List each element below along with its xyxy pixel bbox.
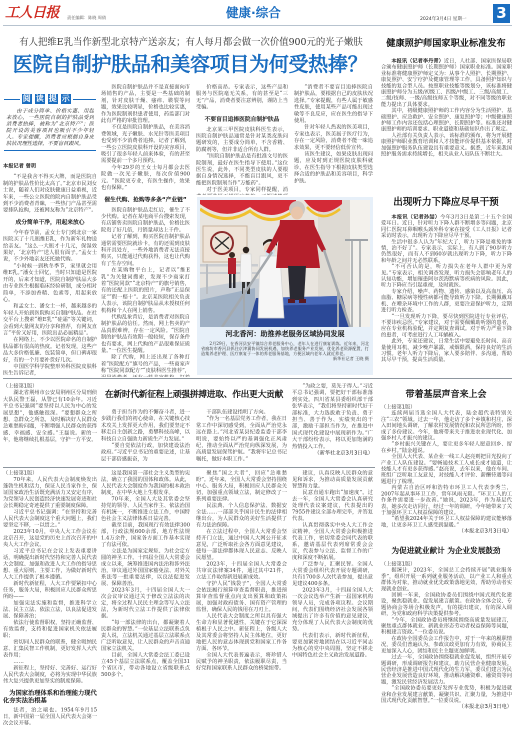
editors-credit: 责任编辑：陈晓 周倩 xyxy=(67,15,106,21)
paragraph: 立法是为国家定规矩、为社会定方圆的神圣工作。十四届全国人大常委会成立以来，统筹推… xyxy=(101,548,190,587)
paragraph: 2023年10月，中央人大工作会议在北京召开，这是党的历史上首次召开的中央人大工… xyxy=(3,529,97,549)
paragraph: 此外，专家还建议，日常生活中要避免长时间、高音量使用耳机，减少噪声暴露，戒烟限酒… xyxy=(381,338,512,363)
paragraph: “不可否认的是，听力损失在老年人群中更为常见。”专家表示，相关调查发现，听力损失… xyxy=(381,264,512,289)
paragraph: 代表们表示，新时代新征程，要更加紧密地团结在以习近平同志为核心的党中央周围，坚定… xyxy=(292,633,373,659)
paragraph: 截至目前，我国现行有效法律300部，行政法规600余部，地方性法规1.4万余件，… xyxy=(101,522,190,548)
paragraph: 2023年3月，十四届全国人大一次会议审议通过关于修改立法法的决定，将全过程人民… xyxy=(101,587,190,620)
lead-headline: 医院自制护肤品和美容项目为何受热捧？ xyxy=(4,51,376,77)
column-text: 建议，认真反映人民群众的意见和诉求，为推动高质量发展贡献智慧和力量。民意直通车跑… xyxy=(292,470,373,659)
column-text: 聚焦“国之大者”，回应“急难愁盼”。近年来，全国人大常委会坚持围绕中心、服务大局… xyxy=(196,470,287,672)
issue-date: 2024年3月4日 星期一 xyxy=(420,16,467,22)
column-text: 勇于担当作为的不懈奋斗者，进一步践行我们的初心使命，在关键核心技术攻关上发挥更大… xyxy=(101,409,190,463)
subhead: 成分简单干净，用起来放心 xyxy=(3,218,97,226)
article-b-column-3: 聚焦“国之大者”，回应“急难愁盼”。近年来，全国人大常委会坚持围绕中心、服务大局… xyxy=(196,470,287,746)
paragraph: 密切同人民群众的联系，健全吸纳民意、汇集民智工作机制，更好发挥人大代表作用； xyxy=(3,639,97,659)
lead-column-4: “消费者不要盲目追捧医院自制护肤品，要根据自己的皮肤状况选择。”专家提醒，有些人… xyxy=(294,84,373,195)
article-body: （上接第1版）据统计，2023年，全国总工会持续开展“就业服务季”，组织开展一系… xyxy=(381,561,512,744)
newspaper-logo: 工人日报 xyxy=(5,3,59,23)
tips-title-char: 提 xyxy=(47,93,59,105)
lead: 本报讯（记者孙喆）今年3月3日是第二十五个全国爱耳日。近日，针对听力下降人群不断… xyxy=(381,214,512,239)
paragraph: 2月29日，在香河县安平镇综合养老服务中心，老年人在进行康复训练。近年来，河北省… xyxy=(201,341,369,356)
article-body: 本报讯（记者李丹青）近日，人社部、国家医保局联合颁布健康照护师（长期照护师）国家… xyxy=(381,58,512,185)
column-text: 价格高昂。专家表示，这些产品和服务与医院毫无关系，有的甚至是“三无”产品，消费者… xyxy=(196,84,288,195)
paragraph: 聚焦“国之大者”，回应“急难愁盼”。近年来，全国人大常委会坚持围绕中心、服务大局… xyxy=(196,470,287,503)
paragraph: “今年，全国政协委员将继续围绕高质量发展建言，聚焦重点群体就业、新就业形态劳动者… xyxy=(381,617,512,636)
article-a-column-3: 干部队伍建设指明了方向。“作为一名基层党务工作者，我在日常工作中深切感受到，全面… xyxy=(196,409,287,465)
paragraph: 回顾一年来，全国政协委员们围绕中国式现代化建设，聚焦稳就业、促发展建言献策。在政… xyxy=(381,592,512,617)
paragraph: 这是我国第一部社会主义类型的宪法，确立了我国的国体和政体。从此，人民代表大会制度… xyxy=(101,470,190,496)
column-text: （上接第1版）据统计，2023年，全国总工会持续开展“就业服务季”，组织开展一系… xyxy=(381,561,512,710)
paragraph: 医院自制护肤品走红后，催生了不少代购。记者在某电商平台搜索发现，有店铺售卖医院自… xyxy=(101,207,190,234)
paragraph: 2023年3月，十四届全国人大一次会议选举产生新一届国家机构领导人员，完成各项议… xyxy=(292,587,373,633)
paragraph: “每一部法律的出台，都凝聚着人民群众的智慧。”一位基层立法联系点负责人说，立法机… xyxy=(101,620,190,653)
column-text: 本报讯（记者孙喆）今年3月3日是第二十五个全国爱耳日。近日，针对听力下降人群不断… xyxy=(381,214,512,363)
paragraph: 和孟女士、潘女士一样，越来越多的年轻人开始到医院购买自制护肤品。在社交平台上搜索… xyxy=(3,303,97,337)
paragraph: 湖北省荆州市公安局荆州区分局刑侦大队民警王磊，从警已有10余年。习近平总书记强调… xyxy=(3,390,97,444)
paragraph: “医院自制护肤品是有批准文号的医院制剂，最好在医生指导下使用。”这位医生说，此外… xyxy=(196,153,288,187)
paragraph: 广泛参与，汇聚民智。全国人大常委会组织代表开展专题调研，共有1700多人次代表参… xyxy=(292,561,373,587)
paragraph: 加强宪法实施和监督，推进科学立法、民主立法、依法立法，以良法促进发展、保障善治； xyxy=(3,600,97,620)
article-a-column-2: 勇于担当作为的不懈奋斗者，进一步践行我们的初心使命，在关键核心技术攻关上发挥更大… xyxy=(101,409,190,465)
paragraph: “一旦发现听力下降，要尽快到医院进行专业评估，不要讳疾忌医。”专家建议，对于需要… xyxy=(381,313,512,338)
article-b-column-1: （上接第1版）70年来，人民代表大会制度焕发出蓬勃生机和活力，保证人民当家作主，… xyxy=(3,470,97,746)
paragraph: “不是我舍不得买大牌，而是医院自制的护肤品性价比太高了。”北京市民刘女士说，随着… xyxy=(3,174,97,214)
paragraph: 在某购物平台上，记者以“维E乳”为关键词搜索，发现不少商家打着“医院同款”“北京… xyxy=(101,267,190,314)
column-text: （上接第1版）湖北省荆州市公安局荆州区分局刑侦大队民警王磊，从警已有10余年。习… xyxy=(3,383,97,443)
paragraph: 专家介绍，噪声、药物、遗传、感染以及高血压、高血脂、糖尿病等慢性病都可能导致听力… xyxy=(381,288,512,313)
column-text: “为政之要，莫先于得人。”习近平总书记强调，要把好干部标准落到实处。四川省某县委… xyxy=(292,383,373,457)
section-divider xyxy=(3,378,512,379)
column-text: 本报讯（记者李丹青）近日，人社部、国家医保局联合颁布健康照护师（长期照护师）国家… xyxy=(381,58,512,157)
paragraph: 在立法过程中，全国人大常委会坚持开门立法，通过中国人大网公开征求意见，广泛听取社… xyxy=(196,529,287,562)
paragraph: 习近平总书记强调：“在坚持和完善人民代表大会制度这个重大问题上，我们要坚定不移，… xyxy=(3,509,97,529)
tips-top-line-right xyxy=(73,99,96,100)
paragraph: 除了代购，网上还出现了各种打着“医院配方”旗号的产品，一些商家声称“医院同款配方… xyxy=(101,354,190,377)
paragraph: “要自觉依法行政，加快建设法治政府。”习近平总书记的重要论述，让基层干部倍感振奋… xyxy=(101,443,190,463)
paragraph: 守护人民“钱袋子”，全国人大常委会依法履行预算审查监督职责，推进预算审查监督重点… xyxy=(196,581,287,614)
paragraph: 代购乱象背后，是消费者对医院自制护肤品的信任。然而，网上售卖的产品真假难辨，存在… xyxy=(101,314,190,354)
reading-tips-title: 阅 读 提 示 xyxy=(21,93,72,105)
paragraph: 勇于担当作为的不懈奋斗者，进一步践行我们的初心使命，在关键核心技术攻关上发挥更大… xyxy=(101,409,190,443)
lead-column-1: 本报记者 曾玥“不是我舍不得买大牌，而是医院自制的护肤品性价比太高了。”北京市民… xyxy=(3,163,97,377)
reading-tips-box: 由于成分简单、价格实惠、用起来放心，一些医院自制的护肤品受到消费者热捧，被称为“… xyxy=(6,108,94,149)
paragraph: 记者了解到，购买医院自制护肤品通常需要医院就诊卡，有的还需到皮肤科开具处方，一些… xyxy=(101,234,190,268)
paragraph: 连续两届当选全国人大代表，陆金超代表特别关注“三农”领域。过去一年，他走访了多个… xyxy=(381,410,512,441)
paragraph: 民意直通车跑出“加速度”。过去一年，全国人大常委会认真研究处理代表议案建议，代表… xyxy=(292,490,373,523)
lead-column-2: 医院自制护肤品并不是直接面向市场销售的产品，主要是一些基础的制剂，针对皮肤干燥、… xyxy=(101,84,190,377)
paragraph: 今年29岁的王女士每月都会去医院做一次光子嫩肤，每次价值900元。“医院更专业，… xyxy=(101,164,190,191)
byline: 本报记者 曾玥 xyxy=(3,163,97,170)
article-headline: 出现听力下降应尽早干预 xyxy=(380,196,512,209)
paragraph: 内蒙古自治区呼和浩特市环卫工人代表李秀兰，2007年起从事环卫工作，常年风雨无阻… xyxy=(381,485,512,516)
paragraph: 人社部有关负责人表示，该标准的颁布，将为开展健康照护师职业教育培训和人才技能评价… xyxy=(381,132,512,157)
column-text: 这是我国第一部社会主义类型的宪法，确立了我国的国体和政体。从此，人民代表大会制度… xyxy=(101,470,190,678)
subhead: 催生代购、抢购等多条“产业链” xyxy=(101,196,190,204)
photo-caption: 2月29日，在香河县安平镇综合养老服务中心，老年人在进行康复训练。近年来，河北省… xyxy=(201,341,369,372)
paragraph: 由于成分简单、价格实惠、用起来放心，一些医院自制的护肤品受到消费者热捧，被称为“… xyxy=(6,108,94,147)
paragraph: 建议，认真反映人民群众的意见和诉求，为推动高质量发展贡献智慧和力量。 xyxy=(292,470,373,490)
tips-title-char: 示 xyxy=(60,93,72,105)
paragraph: 法者，治之端也。1954年9月15日，新中国第一届全国人民代表大会第一次会议开幕… xyxy=(3,707,97,727)
paragraph: 今年春节前，孟女士专门到北京一家医院买了十几瓶维E乳，作为新年礼物送给亲友。“这… xyxy=(3,229,97,263)
paragraph: 不仅是医院自制护肤品，在美容消费领域，光子嫩肤、水光针等医美项目也受到不少消费者… xyxy=(101,124,190,164)
paragraph: 依法行使监督职权，坚持正确监督、有效监督，支持和促进国家机关依法履职； xyxy=(3,620,97,640)
paragraph: 习近平总书记在会议上发表重要讲话，明确提出新时代坚持和完善人民代表大会制度、加强… xyxy=(3,548,97,581)
tips-bottom-line xyxy=(4,150,96,151)
masthead-divider xyxy=(3,25,512,26)
paragraph: “为政之要，莫先于得人。”习近平总书记强调，要把好干部标准落到实处。四川省某县委… xyxy=(292,383,373,450)
article-headline: 健康照护师国家职业标准发布 xyxy=(380,38,512,50)
lead-column-3: 价格高昂。专家表示，这些产品和服务与医院毫无关系，有的甚至是“三无”产品，消费者… xyxy=(196,84,288,195)
paragraph: 在政协全国委员会工作报告中，对于一年来的履职情况，委员们普遍认为，参政议政更加有… xyxy=(381,635,512,654)
tips-title-char: 阅 xyxy=(21,93,33,105)
paragraph: “消费者不要盲目追捧医院自制护肤品，要根据自己的皮肤状况选择。”专家提醒，有些人… xyxy=(294,84,373,124)
tips-title-char: 读 xyxy=(34,93,46,105)
reading-tips-text: 由于成分简单、价格实惠、用起来放心，一些医院自制的护肤品受到消费者热捧，被称为“… xyxy=(6,108,94,147)
dateline: （新华社北京3月3日电） xyxy=(292,450,373,457)
paragraph: 针对年轻人热衷的医美项目，专家也表示，医美属于医疗行为，存在一定风险，消费者不能… xyxy=(294,124,373,151)
paragraph: 人民代表大会制度之所以具有强大生命力和显著优越性，关键在于它深深植根于人民之中。… xyxy=(196,613,287,652)
paragraph: 70年来，全国人大及其常委会坚持党的领导、人民当家作主、依法治国有机统一，不断推… xyxy=(101,496,190,522)
article-headline: 为促进就业献计 为企业发展鼓劲 xyxy=(380,546,512,556)
page-number-badge: 3 xyxy=(493,4,510,23)
article-b-column-2: 这是我国第一部社会主义类型的宪法，确立了我国的国体和政体。从此，人民代表大会制度… xyxy=(101,470,190,746)
paragraph: 据统计，2023年，全国总工会持续开展“就业服务季”，组织开展一系列就业服务活动… xyxy=(381,567,512,592)
newspaper-page: 工人日报 责任编辑：陈晓 周倩 健康·综合 2024年3月4日 星期一 3 有人… xyxy=(0,0,515,748)
paragraph: 全国人大代表、某企业一线工人赵亮则把目光投向了产业工人队伍建设。“要畅通技术工人… xyxy=(381,454,512,485)
subhead2: 为国家治理体系和治理能力现代化夯实法治根基 xyxy=(3,689,97,704)
paragraph: 该医生建议，如果皮肤出现问题，应及时到正规医院皮肤科就诊，在医生指导下根据皮肤类… xyxy=(294,151,373,185)
photo-caption-text: 2月29日，在香河县安平镇综合养老服务中心，老年人在进行康复训练。近年来，河北省… xyxy=(201,341,369,361)
article-b-column-4: 建议，认真反映人民群众的意见和诉求，为推动高质量发展贡献智慧和力量。民意直通车跑… xyxy=(292,470,373,746)
paragraph: 2023年，十四届全国人大常委会共审议法律案34件，通过其中21件，立法工作取得… xyxy=(196,561,287,581)
column-text: “消费者不要盲目追捧医院自制护肤品，要根据自己的皮肤状况选择。”专家提醒，有些人… xyxy=(294,84,373,185)
paragraph: “小时候一到秋冬季节，家里就会用维E乳。”潘女士回忆，当时只知道是医院开的，后来… xyxy=(3,263,97,303)
news-photo xyxy=(200,200,370,327)
article-a-column-4: “为政之要，莫先于得人。”习近平总书记强调，要把好干部标准落到实处。四川省某县委… xyxy=(292,383,373,465)
paragraph: 70年来，人民代表大会制度焕发出蓬勃生机和活力，保证人民当家作主，保证国家政治生… xyxy=(3,477,97,510)
paragraph: 生活中很多人认为“年纪大了，听力下降是难免的事情，治不好了”。专家表示，实际上，… xyxy=(381,239,512,264)
paragraph: 全国人大代表普遍表示，将珍惜人民赋予的神圣职责，依法履职尽责，当好党和国家联系人… xyxy=(196,652,287,672)
article-headline: 在新时代新征程上顽强拼搏进取、作出更大贡献 xyxy=(100,390,288,401)
paragraph: 目前，全国人大常委会法工委已设立45个基层立法联系点，覆盖全国31个省区市，带动… xyxy=(101,652,190,678)
column-text: （上接第1版）连续两届当选全国人大代表，陆金超代表特别关注“三农”领域。过去一年… xyxy=(381,404,512,534)
article-headline: 带着基层声音来上会 xyxy=(380,389,512,401)
paragraph: 在网络上，不少以医院命名的自制护肤品都有很高的热度。记者发现，这些产品大多价格低… xyxy=(3,337,97,364)
article-divider xyxy=(3,467,375,468)
dateline: （本报北京3月3日电） xyxy=(381,704,512,710)
lead-kicker: 有人把维E乳当作新型北京特产送亲友；有人每月都会做一次价值900元的光子嫩肤 xyxy=(10,37,372,49)
paragraph: “作为一名基层党务工作者，我在日常工作中深切感受到，全面从严治党永远在路上。”河… xyxy=(196,416,287,463)
paragraph: “希望我2024年关于环卫工人权益保障的建议能够落地，让更多环卫工人感受到温暖。… xyxy=(381,516,512,528)
paragraph: 民法典、个人信息保护法、数据安全法……一部部关乎国计民生的法律相继出台，为人民群… xyxy=(196,503,287,529)
column-text: （上接第1版）70年来，人民代表大会制度焕发出蓬勃生机和活力，保证人民当家作主，… xyxy=(3,470,97,727)
tips-top-line-left xyxy=(4,99,20,100)
paragraph: 北京某三甲医院皮肤科医生表示，医院自制护肤品通常是针对某类皮肤问题研发的，主要成… xyxy=(196,126,288,153)
section-title: 健康·综合 xyxy=(226,5,281,21)
photo-caption-title: 河北香河：助推养老服务区域协同发展 xyxy=(197,330,373,339)
lead-text: 近日，人社部、国家医保局联合颁布健康照护师（长期照护师）国家职业标准。国家职业标… xyxy=(381,58,512,107)
paragraph: 对于医美项目，专家同样提醒，消费者要选择正规医疗机构，了解清楚项目的适应症和风险… xyxy=(196,187,288,195)
lead: 本报讯（记者李丹青）近日，人社部、国家医保局联合颁布健康照护师（长期照护师）国家… xyxy=(381,58,512,108)
paragraph: 医院自制护肤品并不是直接面向市场销售的产品，主要是一些基础的制剂，针对皮肤干燥、… xyxy=(101,84,190,124)
paragraph: 认真贯彻落实中央人大工作会议精神，全国人大常委会积极推进代表工作，密切常委会同代… xyxy=(292,522,373,561)
paragraph: 新征程上，坚持好、完善好、运行好人民代表大会制度，必将为实现中华民族伟大复兴提供… xyxy=(3,665,97,685)
paragraph: “乡村振兴关键在人，要让更多年轻人愿意回乡、留在乡村。”陆金超说。 xyxy=(381,441,512,453)
column-text: 本报记者 曾玥“不是我舍不得买大牌，而是医院自制的护肤品性价比太高了。”北京市民… xyxy=(3,163,97,377)
paragraph: 新时代新征程，人大工作要紧扣中心任务，服务大局，积极回应人民群众所思所盼—— xyxy=(3,581,97,601)
credit: 新华社记者 王晓 摄 xyxy=(201,356,369,361)
article-body: （上接第1版）连续两届当选全国人大代表，陆金超代表特别关注“三农”领域。过去一年… xyxy=(381,404,512,534)
article-body: 本报讯（记者孙喆）今年3月3日是第二十五个全国爱耳日。近日，针对听力下降人群不断… xyxy=(381,214,512,377)
column-text: 干部队伍建设指明了方向。“作为一名基层党务工作者，我在日常工作中深切感受到，全面… xyxy=(196,409,287,463)
paragraph: 中国医学科学院整形外科医院皮肤科医生告诉记者， xyxy=(3,363,97,376)
paragraph: 其中，初级健康照护师的工作内容分为生活照护、基础照护、应急救护、安全照护、康复照… xyxy=(381,108,512,133)
column-text: 医院自制护肤品并不是直接面向市场销售的产品，主要是一些基础的制剂，针对皮肤干燥、… xyxy=(101,84,190,377)
paragraph: 价格高昂。专家表示，这些产品和服务与医院毫无关系，有的甚至是“三无”产品，消费者… xyxy=(196,84,288,111)
paragraph: 过去一年，全国政协围绕稳就业促发展，组织开展专题调研，形成调研报告和建议，助力民… xyxy=(381,654,512,685)
rehabilitation-photo-illustration xyxy=(200,200,370,327)
dateline: （本报北京3月3日电） xyxy=(381,528,512,534)
subhead: 不要盲目追捧医院自制护肤品 xyxy=(196,115,288,123)
article-a-column-1: （上接第1版）湖北省荆州市公安局荆州区分局刑侦大队民警王磊，从警已有10余年。习… xyxy=(3,383,97,465)
paragraph: “全国政协委员要更好发挥专业优势，积极为促进就业和企业发展建言献策，凝聚共识、汇… xyxy=(381,685,512,704)
